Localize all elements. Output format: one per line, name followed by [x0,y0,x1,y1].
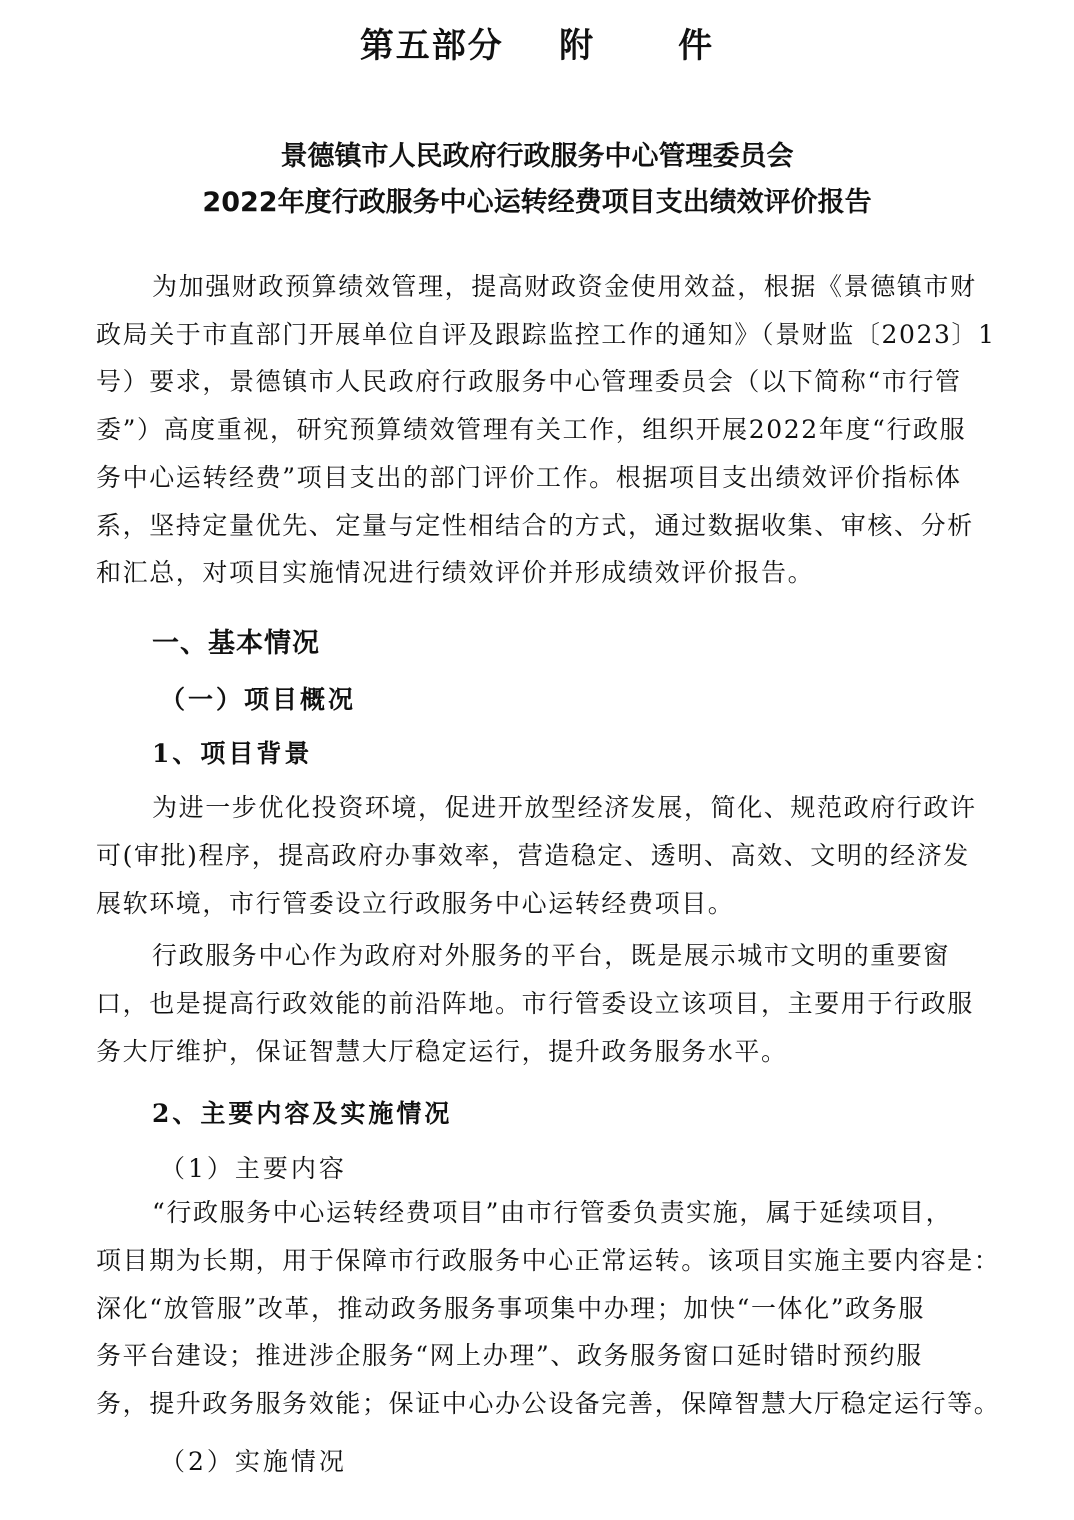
item-heading-project-background: 1、项目背景 [152,734,312,770]
intro-line: 和汇总，对项目实施情况进行绩效评价并形成绩效评价报告。 [96,558,814,588]
body-line: 务平台建设；推进涉企服务“网上办理”、政务服务窗口延时错时预约服 [96,1341,923,1371]
body-line: “行政服务中心运转经费项目”由市行管委负责实施，属于延续项目， [152,1198,952,1228]
section-heading-basic-info: 一、基本情况 [152,621,320,660]
subitem-heading-main-content: （1）主要内容 [160,1149,347,1185]
body-line: 深化“放管服”改革，推动政务服务事项集中办理；加快“一体化”政务服 [96,1294,925,1324]
item-heading-main-content-implementation: 2、主要内容及实施情况 [152,1094,452,1130]
body-line: 行政服务中心作为政府对外服务的平台，既是展示城市文明的重要窗 [152,941,950,971]
part-title: 第五部分 附 件 [0,18,1074,67]
body-line: 务，提升政务服务效能；保证中心办公设备完善，保障智慧大厅稳定运行等。 [96,1389,1000,1419]
intro-line: 为加强财政预算绩效管理，提高财政资金使用效益，根据《景德镇市财 [152,272,977,302]
subsection-heading-project-overview: （一）项目概况 [160,680,356,716]
report-title-line-1: 景德镇市人民政府行政服务中心管理委员会 [0,134,1074,173]
intro-line: 政局关于市直部门开展单位自评及跟踪监控工作的通知》（景财监〔2023〕1 [96,320,996,350]
document-page: 第五部分 附 件 景德镇市人民政府行政服务中心管理委员会 2022年度行政服务中… [0,0,1074,1520]
body-line: 为进一步优化投资环境，促进开放型经济发展，简化、规范政府行政许 [152,793,977,823]
intro-line: 委”）高度重视，研究预算绩效管理有关工作，组织开展2022年度“行政服 [96,415,966,445]
body-line: 务大厅维护，保证智慧大厅稳定运行，提升政务服务水平。 [96,1037,788,1067]
body-line: 展软环境，市行管委设立行政服务中心运转经费项目。 [96,889,734,919]
body-line: 口，也是提高行政效能的前沿阵地。市行管委设立该项目，主要用于行政服 [96,989,974,1019]
subitem-heading-implementation: （2）实施情况 [160,1442,347,1478]
intro-line: 系，坚持定量优先、定量与定性相结合的方式，通过数据收集、审核、分析 [96,511,974,541]
report-title-line-2: 2022年度行政服务中心运转经费项目支出绩效评价报告 [0,180,1074,219]
intro-line: 号）要求，景德镇市人民政府行政服务中心管理委员会（以下简称“市行管 [96,367,962,397]
body-line: 项目期为长期，用于保障市行政服务中心正常运转。该项目实施主要内容是： [96,1246,1000,1276]
intro-line: 务中心运转经费”项目支出的部门评价工作。根据项目支出绩效评价指标体 [96,463,962,493]
body-line: 可(审批)程序，提高政府办事效率，营造稳定、透明、高效、文明的经济发 [96,841,970,871]
